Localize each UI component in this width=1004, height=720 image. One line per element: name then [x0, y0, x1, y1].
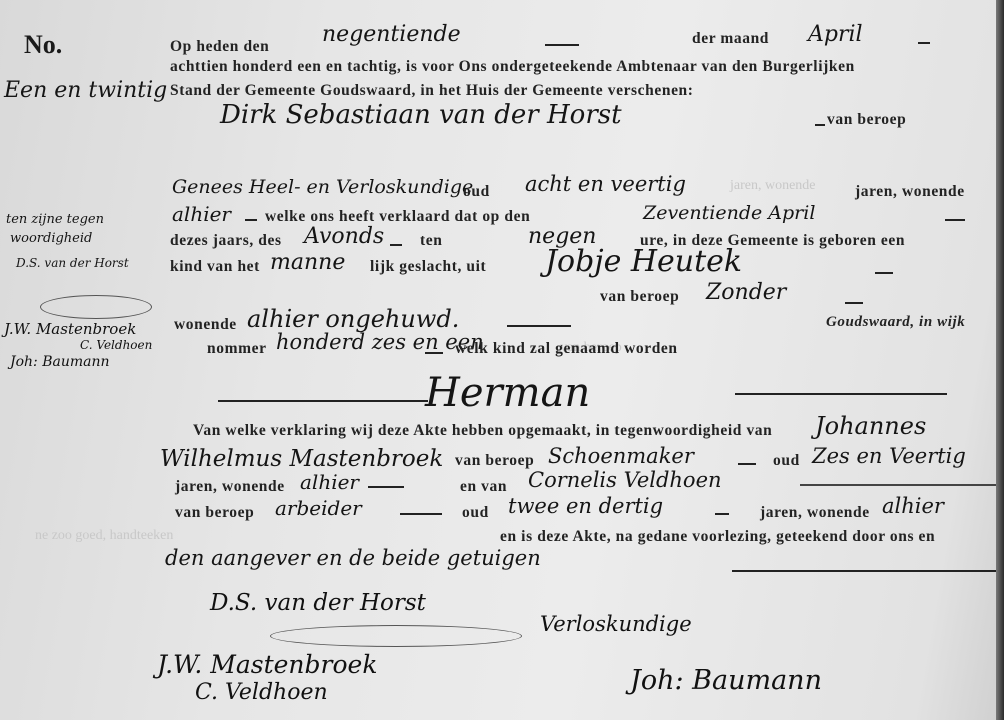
signature-flourish [270, 625, 522, 647]
printed-text: van beroep [455, 452, 534, 470]
handwritten-mother-occupation: Zonder [706, 280, 786, 305]
handwritten-witness1-first: Johannes [815, 412, 926, 440]
handwritten-house-number: honderd zes en een [276, 330, 484, 354]
filler-dash [245, 219, 257, 221]
filler-dash [425, 352, 443, 354]
printed-text: van beroep [827, 111, 906, 129]
filler-dash [845, 302, 863, 304]
printed-text: achttien honderd een en tachtig, is voor… [170, 58, 855, 76]
record-number-handwritten: Een en twintig [4, 78, 167, 103]
bleed-through-text: jaren, wonende [730, 178, 816, 194]
printed-text: welk kind zal genaamd worden [455, 340, 678, 358]
margin-signature-veldhoen: C. Veldhoen [80, 338, 152, 352]
margin-signature-mastenbroek: J.W. Mastenbroek [4, 320, 136, 338]
handwritten-witness1-age: Zes en Veertig [812, 444, 966, 468]
handwritten-day: negentiende [322, 22, 461, 47]
printed-text: jaren, wonende [760, 504, 870, 522]
printed-text: der maand [692, 30, 769, 48]
signature-witness1: J.W. Mastenbroek [157, 650, 377, 679]
signature-official-title: Verloskundige [540, 612, 692, 636]
printed-text: Van welke verklaring wij deze Akte hebbe… [193, 422, 772, 440]
handwritten-month: April [808, 22, 863, 47]
handwritten-child-name: Herman [425, 370, 590, 416]
record-number-label: No. [24, 30, 62, 60]
handwritten-time-of-day: Avonds [304, 224, 384, 249]
filler-line [735, 393, 947, 395]
handwritten-witness2-residence: alhier [882, 494, 944, 518]
filler-dash [815, 124, 825, 126]
filler-dash [945, 219, 965, 221]
printed-text: oud [462, 504, 489, 522]
printed-text: wonende [174, 316, 237, 334]
page-edge-shadow [996, 0, 1004, 720]
signature-declarant: D.S. van der Horst [210, 590, 426, 616]
filler-dash [545, 44, 579, 46]
printed-text: oud [463, 183, 490, 201]
printed-text: jaren, wonende [175, 478, 285, 496]
handwritten-closing: den aangever en de beide getuigen [165, 546, 541, 570]
printed-text: Op heden den [170, 28, 269, 58]
margin-note-line2: woordigheid [10, 231, 92, 246]
signature-flourish [40, 295, 152, 319]
printed-text: van beroep [600, 288, 679, 306]
filler-dash [400, 513, 442, 515]
filler-dash [715, 513, 729, 515]
margin-signature-baumann: Joh: Baumann [10, 354, 110, 370]
filler-line [732, 570, 996, 572]
printed-text: dezes jaars, des [170, 232, 282, 250]
printed-text: lijk geslacht, uit [370, 258, 486, 276]
printed-text: en is deze Akte, na gedane voorlezing, g… [500, 528, 935, 546]
signature-witness2: C. Veldhoen [195, 680, 328, 705]
handwritten-mother: Jobje Heutek [545, 244, 742, 279]
printed-text: ten [420, 232, 442, 250]
bleed-through-text: ne zoo goed, handteeken [35, 528, 173, 544]
handwritten-witness1-occupation: Schoenmaker [548, 444, 694, 468]
printed-text: oud [773, 452, 800, 470]
printed-text: en van [460, 478, 507, 496]
filler-line [800, 484, 996, 486]
filler-dash [738, 463, 756, 465]
handwritten-mother-residence: alhier ongehuwd. [247, 305, 459, 333]
printed-text: jaren, wonende [855, 183, 965, 201]
handwritten-age: acht en veertig [525, 172, 686, 196]
printed-text: Stand der Gemeente Goudswaard, in het Hu… [170, 82, 694, 100]
handwritten-residence: alhier [172, 202, 231, 226]
handwritten-birth-date: Zeventiende April [643, 202, 815, 224]
printed-text: van beroep [175, 504, 254, 522]
handwritten-sex: manne [270, 250, 345, 275]
printed-text: Goudswaard, in wijk [826, 314, 965, 331]
printed-text: kind van het [170, 258, 260, 276]
margin-note-line1: ten zijne tegen [6, 212, 104, 227]
filler-line [218, 400, 428, 402]
handwritten-witness2-name: Cornelis Veldhoen [528, 468, 722, 492]
printed-text: nommer [207, 340, 267, 358]
signature-official: Joh: Baumann [630, 665, 822, 696]
handwritten-witness2-occupation: arbeider [275, 496, 362, 520]
handwritten-witness1-residence: alhier [300, 470, 359, 494]
handwritten-witness2-age: twee en dertig [508, 494, 663, 518]
handwritten-declarant: Dirk Sebastiaan van der Horst [220, 100, 622, 130]
filler-line [507, 325, 571, 327]
margin-note-line3: D.S. van der Horst [16, 256, 129, 270]
handwritten-witness1-name: Wilhelmus Mastenbroek [160, 446, 443, 472]
filler-dash [875, 272, 893, 274]
filler-dash [918, 42, 930, 44]
handwritten-occupation: Genees Heel- en Verloskundige [172, 176, 473, 198]
filler-dash [390, 244, 402, 246]
filler-dash [368, 486, 404, 488]
